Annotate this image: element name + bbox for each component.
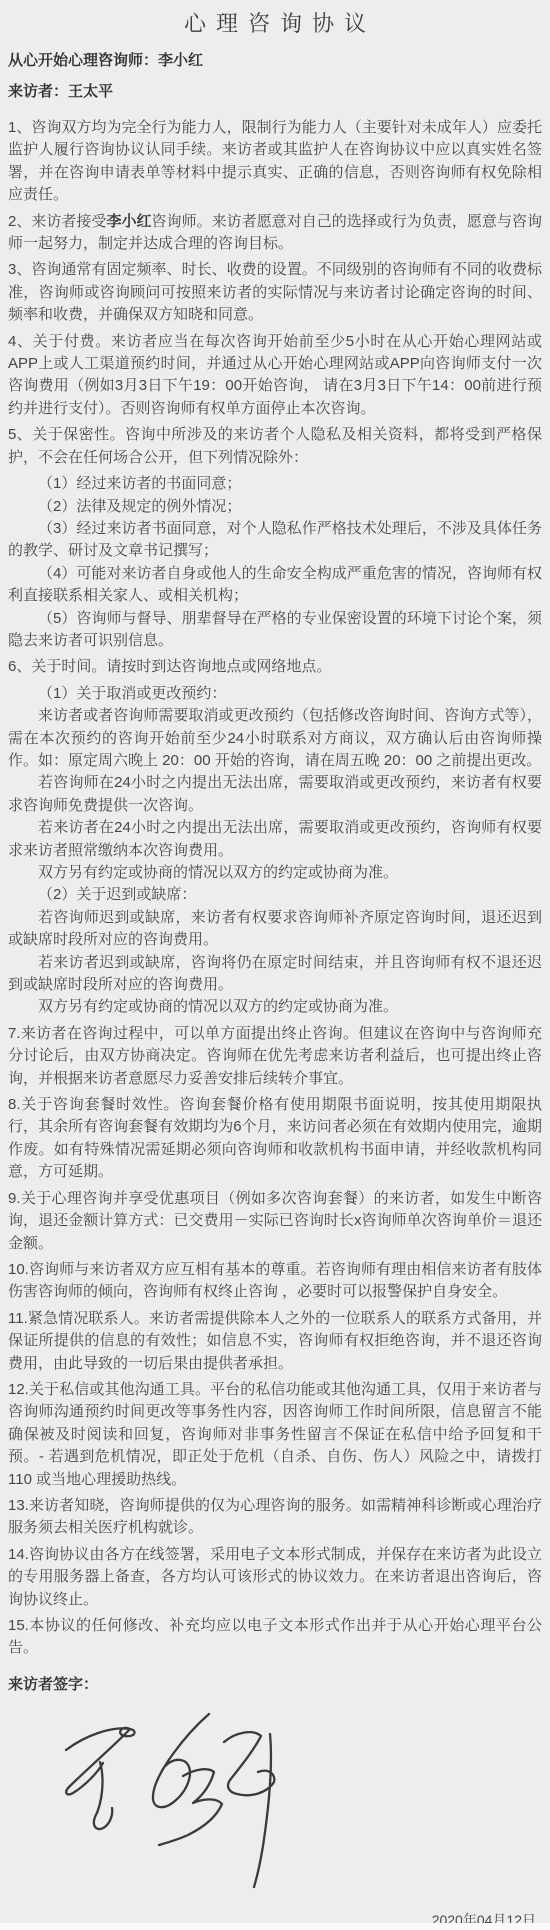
handwritten-signature-image [56, 1704, 306, 1904]
clause-paragraph: （2）关于迟到或缺席： [8, 884, 542, 906]
clause-paragraph: 4、关于付费。来访者应当在每次咨询开始前至少5小时在从心开始心理网站或APP上或… [8, 331, 542, 421]
counselor-line: 从心开始心理咨询师：李小红 [8, 50, 542, 72]
clause-paragraph: 10.咨询师与来访者双方应互相有基本的尊重。若咨询师有理由相信来访者有肢体伤害咨… [8, 1259, 542, 1304]
counselor-name: 李小红 [158, 52, 203, 69]
counselor-label: 从心开始心理咨询师： [8, 52, 158, 69]
clause-paragraph: 双方另有约定或协商的情况以双方的约定或协商为准。 [8, 996, 542, 1018]
clause-paragraph: 14.咨询协议由各方在线签署，采用电子文本形式制成，并保存在来访者为此设立的专用… [8, 1544, 542, 1611]
clause-paragraph: 若来访者在24小时之内提出无法出席，需要取消或更改预约，咨询师有权要求来访者照常… [8, 817, 542, 862]
clause-paragraph: 12.关于私信或其他沟通工具。平台的私信功能或其他沟通工具，仅用于来访者与咨询师… [8, 1379, 542, 1491]
clause-paragraph: 13.来访者知晓，咨询师提供的仅为心理咨询的服务。如需精神科诊断或心理治疗服务须… [8, 1495, 542, 1540]
footer-strip [0, 1923, 550, 1930]
clause-paragraph: 9.关于心理咨询并享受优惠项目（例如多次咨询套餐）的来访者，如发生中断咨询，退还… [8, 1188, 542, 1255]
clause-paragraph: 来访者或者咨询师需要取消或更改预约（包括修改咨询时间、咨询方式等），需在本次预约… [8, 705, 542, 772]
visitor-label: 来访者： [8, 83, 68, 100]
signature-label: 来访者签字： [8, 1674, 542, 1696]
clause-paragraph: 1、咨询双方均为完全行为能力人，限制行为能力人（主要针对未成年人）应委托监护人履… [8, 117, 542, 207]
clause-paragraph: 6、关于时间。请按时到达咨询地点或网络地点。 [8, 656, 542, 678]
clause-paragraph: 11.紧急情况联系人。来访者需提供除本人之外的一位联系人的联系方式备用，并保证所… [8, 1308, 542, 1375]
visitor-line: 来访者：王太平 [8, 81, 542, 103]
clause-paragraph: 若咨询师迟到或缺席，来访者有权要求咨询师补齐原定咨询时间，退还迟到或缺席时段所对… [8, 907, 542, 952]
clause-paragraph: （3）经过来访者书面同意，对个人隐私作严格技术处理后，不涉及具体任务的教学、研讨… [8, 518, 542, 563]
clause-paragraph: （5）咨询师与督导、朋辈督导在严格的专业保密设置的环境下讨论个案，须隐去来访者可… [8, 608, 542, 653]
clause-paragraph: 2、来访者接受李小红咨询师。来访者愿意对自己的选择或行为负责，愿意与咨询师一起努… [8, 211, 542, 256]
agreement-clauses: 1、咨询双方均为完全行为能力人，限制行为能力人（主要针对未成年人）应委托监护人履… [8, 117, 542, 1660]
page-title: 心理咨询协议 [8, 8, 542, 40]
clause-paragraph: 双方另有约定或协商的情况以双方的约定或协商为准。 [8, 862, 542, 884]
clause-paragraph: 若来访者迟到或缺席，咨询将仍在原定时间结束，并且咨询师有权不退还迟到或缺席时段所… [8, 952, 542, 997]
clause-paragraph: （4）可能对来访者自身或他人的生命安全构成严重危害的情况，咨询师有权利直接联系相… [8, 563, 542, 608]
clause-paragraph: 8.关于咨询套餐时效性。咨询套餐价格有使用期限书面说明，按其使用期限执行，其余所… [8, 1094, 542, 1184]
clause-paragraph: （1）关于取消或更改预约： [8, 683, 542, 705]
clause-paragraph: 15.本协议的任何修改、补充均应以电子文本形式作出并于从心开始心理平台公告。 [8, 1615, 542, 1660]
clause-paragraph: 7.来访者在咨询过程中，可以单方面提出终止咨询。但建议在咨询中与咨询师充分讨论后… [8, 1023, 542, 1090]
clause-paragraph: 若咨询师在24小时之内提出无法出席，需要取消或更改预约，来访者有权要求咨询师免费… [8, 772, 542, 817]
visitor-signature [56, 1704, 306, 1904]
clause-paragraph: （2）法律及规定的例外情况； [8, 496, 542, 518]
clause-paragraph: 3、咨询通常有固定频率、时长、收费的设置。不同级别的咨询师有不同的收费标准，咨询… [8, 259, 542, 326]
agreement-document: 心理咨询协议 从心开始心理咨询师：李小红 来访者：王太平 1、咨询双方均为完全行… [0, 0, 550, 1930]
clause-paragraph: 5、关于保密性。咨询中所涉及的来访者个人隐私及相关资料，都将受到严格保护，不会在… [8, 424, 542, 469]
clause-paragraph: （1）经过来访者的书面同意； [8, 473, 542, 495]
visitor-name: 王太平 [68, 83, 113, 100]
